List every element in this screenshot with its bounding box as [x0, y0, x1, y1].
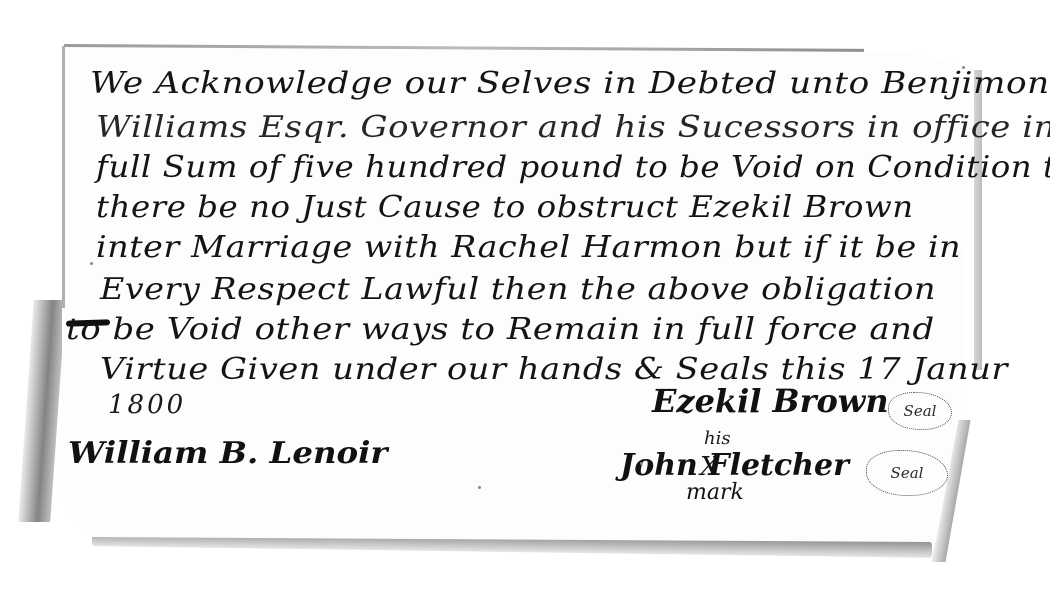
paper-speck [962, 66, 965, 69]
signature-john-fletcher: John Fletcher [620, 448, 849, 483]
handwritten-body: We Acknowledge our Selves in Debted unto… [0, 0, 1050, 594]
signature-ezekiel-brown: Ezekil Brown [652, 382, 889, 420]
witness-signature: William B. Lenoir [68, 436, 387, 471]
seal-label: Seal [904, 402, 937, 420]
body-line-4: there be no Just Cause to obstruct Ezeki… [96, 190, 914, 225]
body-line-6: Every Respect Lawful then the above obli… [100, 272, 936, 307]
body-line-3: full Sum of five hundred pound to be Voi… [96, 150, 1050, 185]
seal-icon: Seal [888, 392, 952, 430]
paper-speck [478, 486, 481, 489]
scanned-document-image: We Acknowledge our Selves in Debted unto… [0, 0, 1050, 594]
body-line-7: to be Void other ways to Remain in full … [66, 312, 935, 347]
seal-label: Seal [891, 464, 924, 482]
mark-label: mark [686, 480, 744, 505]
body-line-1: We Acknowledge our Selves in Debted unto… [90, 66, 1050, 101]
document-year: 1800 [108, 390, 186, 420]
paper-speck [640, 462, 643, 465]
seal-icon: Seal [866, 450, 948, 496]
body-line-5: inter Marriage with Rachel Harmon but if… [96, 230, 961, 265]
his-label: his [704, 428, 731, 449]
body-line-2: Williams Esqr. Governor and his Sucessor… [96, 110, 1050, 145]
mark-x-icon: X [700, 452, 719, 482]
paper-speck [90, 262, 93, 265]
